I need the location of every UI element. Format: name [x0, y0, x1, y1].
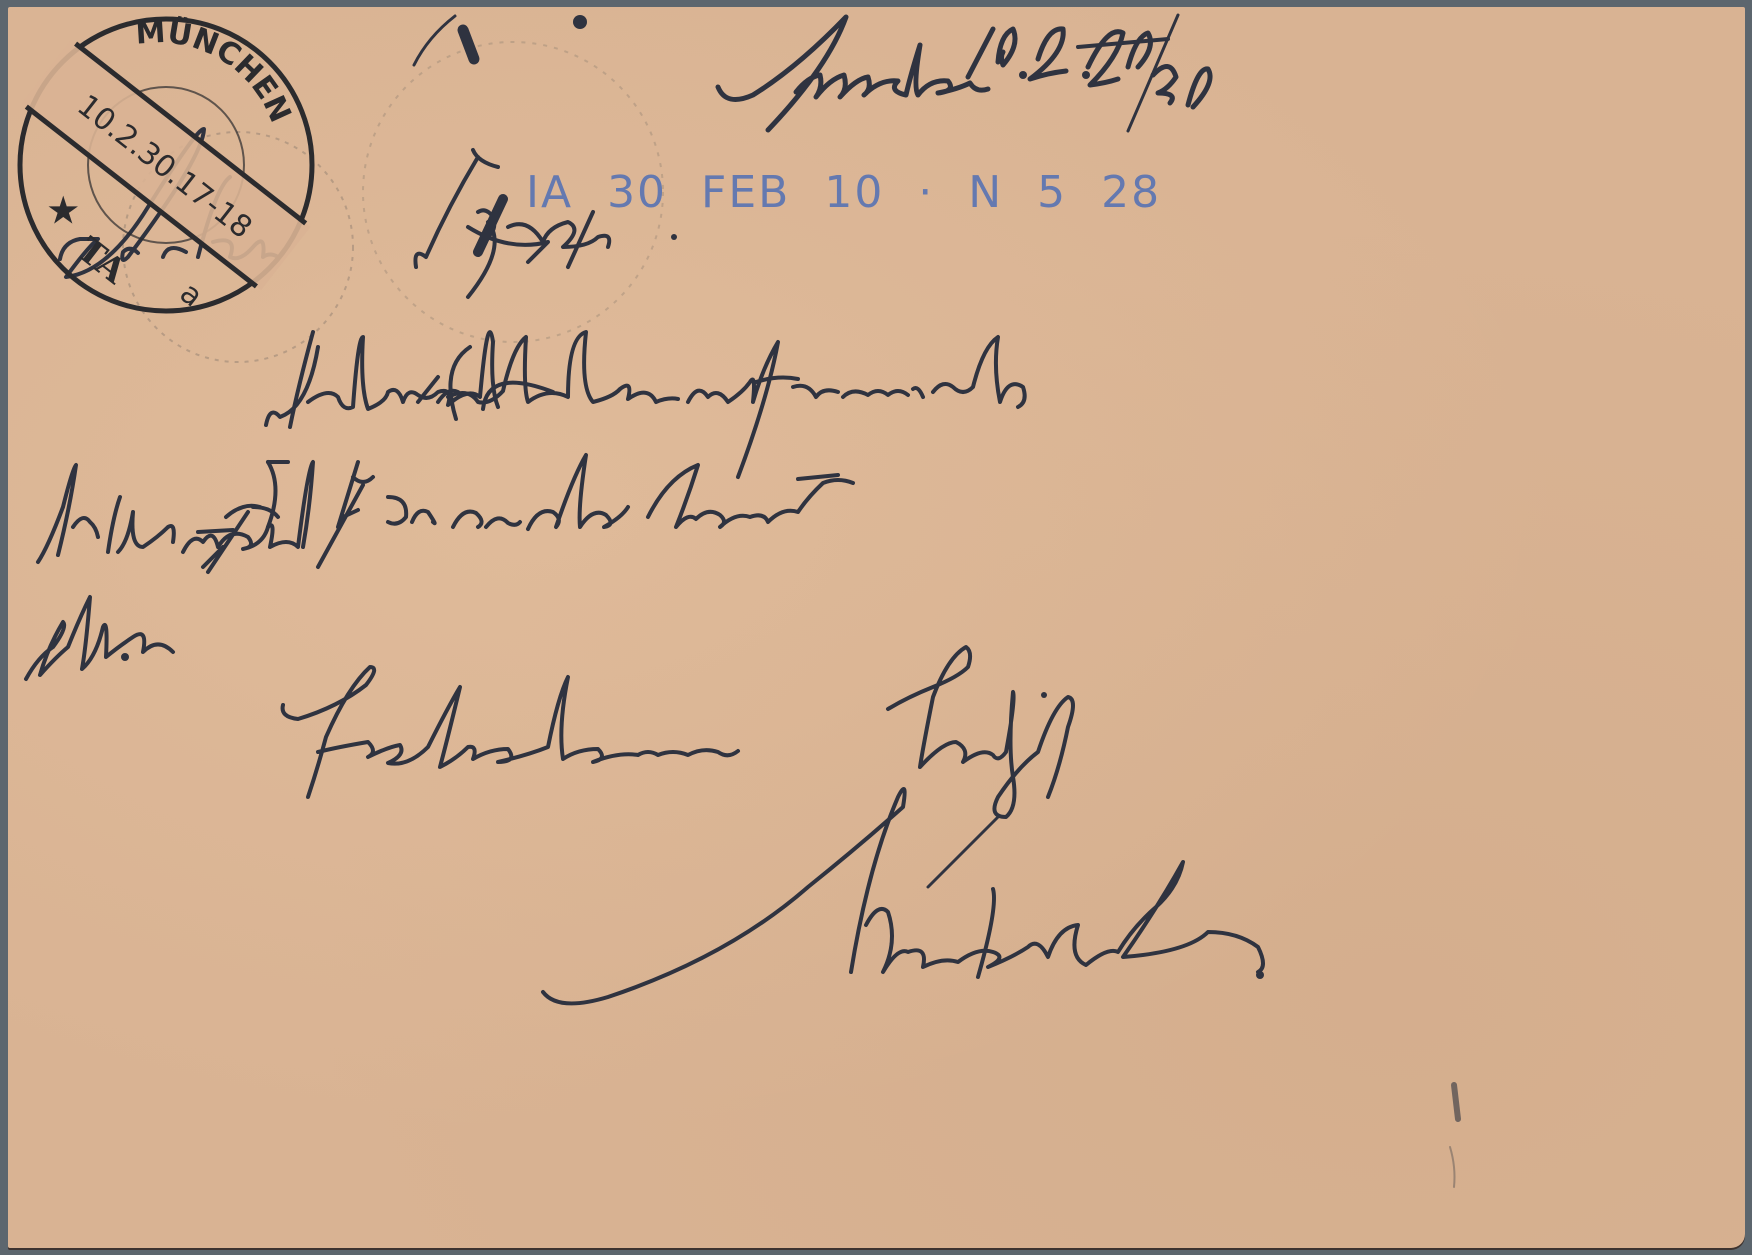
receiving-mark-text: IA 30 FEB 10 · N 5 28: [526, 167, 1161, 218]
handwriting-line-1: [266, 332, 498, 427]
cancellation-postmark: 10.2.30.17-18 MÜNCHEN ★ TA a: [8, 7, 324, 323]
handwriting-signature: [543, 789, 1263, 1003]
postmark-star: ★: [48, 191, 78, 231]
handwriting-place: [718, 17, 988, 130]
ink-mark: [414, 16, 455, 65]
handwriting-closing: [283, 667, 738, 797]
handwriting-line-2: [38, 465, 174, 562]
postcard: München 10.2. 29 30 Lieber Sepp. Antwort…: [8, 7, 1745, 1248]
receiving-mark: IA 30 FEB 10 · N 5 28: [526, 167, 1161, 218]
ink-dot: [573, 15, 587, 29]
ink-mark: [463, 30, 474, 59]
handwriting-line-3: [26, 597, 173, 679]
faint-mark: [1454, 1085, 1458, 1119]
handwriting-date: [968, 29, 1015, 77]
